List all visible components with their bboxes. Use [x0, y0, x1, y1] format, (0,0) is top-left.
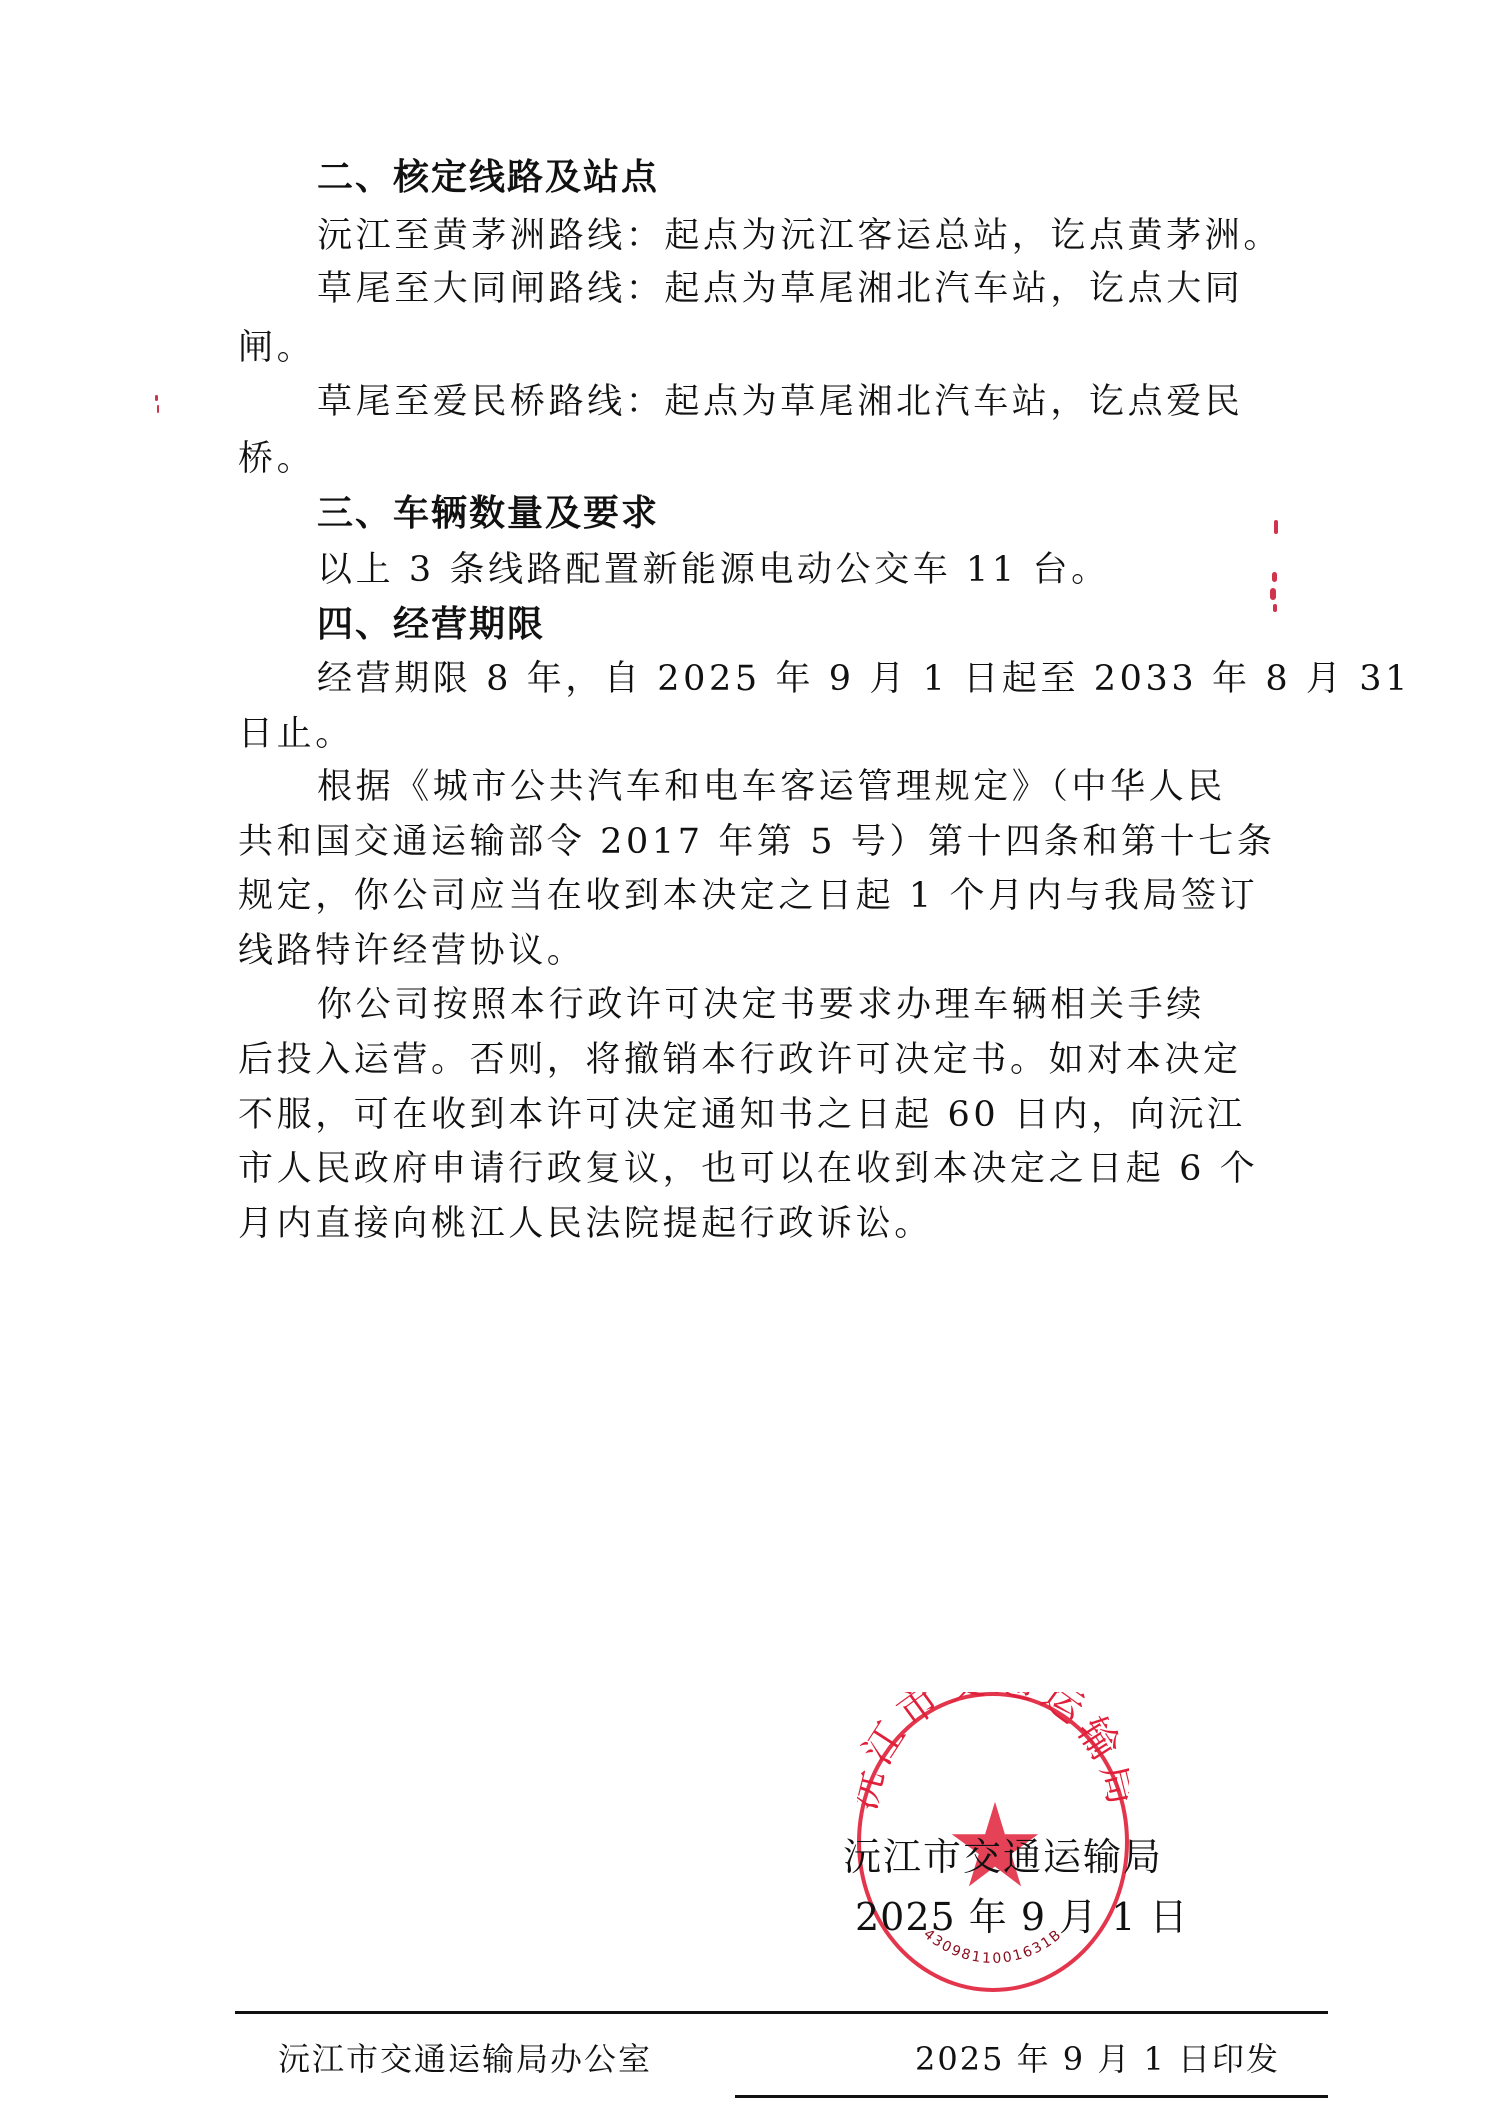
footer-print-date: 2025 年 9 月 1 日印发	[915, 2034, 1280, 2080]
edge-seal-mark-left	[155, 395, 158, 401]
signature-date: 2025 年 9 月 1 日	[855, 1886, 1188, 1941]
basis-line-2: 共和国交通运输部令 2017 年第 5 号）第十四条和第十七条	[238, 820, 1258, 864]
edge-seal-mark-right	[1274, 520, 1278, 534]
route-line-1: 沅江至黄茅洲路线：起点为沅江客运总站，讫点黄茅洲。	[317, 214, 1267, 258]
section-heading-vehicles: 三、车辆数量及要求	[317, 492, 1267, 536]
signature-organization: 沅江市交通运输局	[843, 1826, 1163, 1881]
term-line-cont: 日止。	[238, 712, 1258, 756]
route-line-2: 草尾至大同闸路线：起点为草尾湘北汽车站，讫点大同	[317, 267, 1267, 311]
edge-seal-mark-left-2	[157, 405, 159, 413]
document-page: 二、核定线路及站点 沅江至黄茅洲路线：起点为沅江客运总站，讫点黄茅洲。 草尾至大…	[0, 0, 1487, 2105]
route-line-3-cont: 桥。	[238, 437, 1258, 481]
section-heading-routes: 二、核定线路及站点	[317, 156, 1267, 200]
edge-seal-mark-right-2	[1272, 572, 1277, 582]
footer-top-rule	[235, 2011, 1328, 2014]
basis-line-3: 规定，你公司应当在收到本决定之日起 1 个月内与我局签订	[238, 874, 1258, 918]
basis-line-1: 根据《城市公共汽车和电车客运管理规定》（中华人民	[317, 765, 1267, 809]
route-line-2-cont: 闸。	[238, 326, 1258, 370]
term-line: 经营期限 8 年，自 2025 年 9 月 1 日起至 2033 年 8 月 3…	[317, 657, 1267, 701]
edge-seal-mark-right-4	[1273, 604, 1277, 612]
appeal-line-1: 你公司按照本行政许可决定书要求办理车辆相关手续	[317, 983, 1267, 1027]
appeal-line-5: 月内直接向桃江人民法院提起行政诉讼。	[238, 1202, 1258, 1246]
appeal-line-4: 市人民政府申请行政复议，也可以在收到本决定之日起 6 个	[238, 1147, 1258, 1191]
section-heading-term: 四、经营期限	[317, 603, 1267, 647]
appeal-line-2: 后投入运营。否则，将撤销本行政许可决定书。如对本决定	[238, 1038, 1258, 1082]
svg-text:沅江市交通运输局: 沅江市交通运输局	[857, 1692, 1129, 1815]
footer-bottom-rule	[735, 2095, 1328, 2098]
appeal-line-3: 不服，可在收到本许可决定通知书之日起 60 日内，向沅江	[238, 1093, 1258, 1137]
edge-seal-mark-right-3	[1270, 588, 1276, 600]
route-line-3: 草尾至爱民桥路线：起点为草尾湘北汽车站，讫点爱民	[317, 380, 1267, 424]
vehicles-line: 以上 3 条线路配置新能源电动公交车 11 台。	[317, 548, 1267, 592]
basis-line-4: 线路特许经营协议。	[238, 929, 1258, 973]
footer-issuer: 沅江市交通运输局办公室	[278, 2034, 652, 2080]
